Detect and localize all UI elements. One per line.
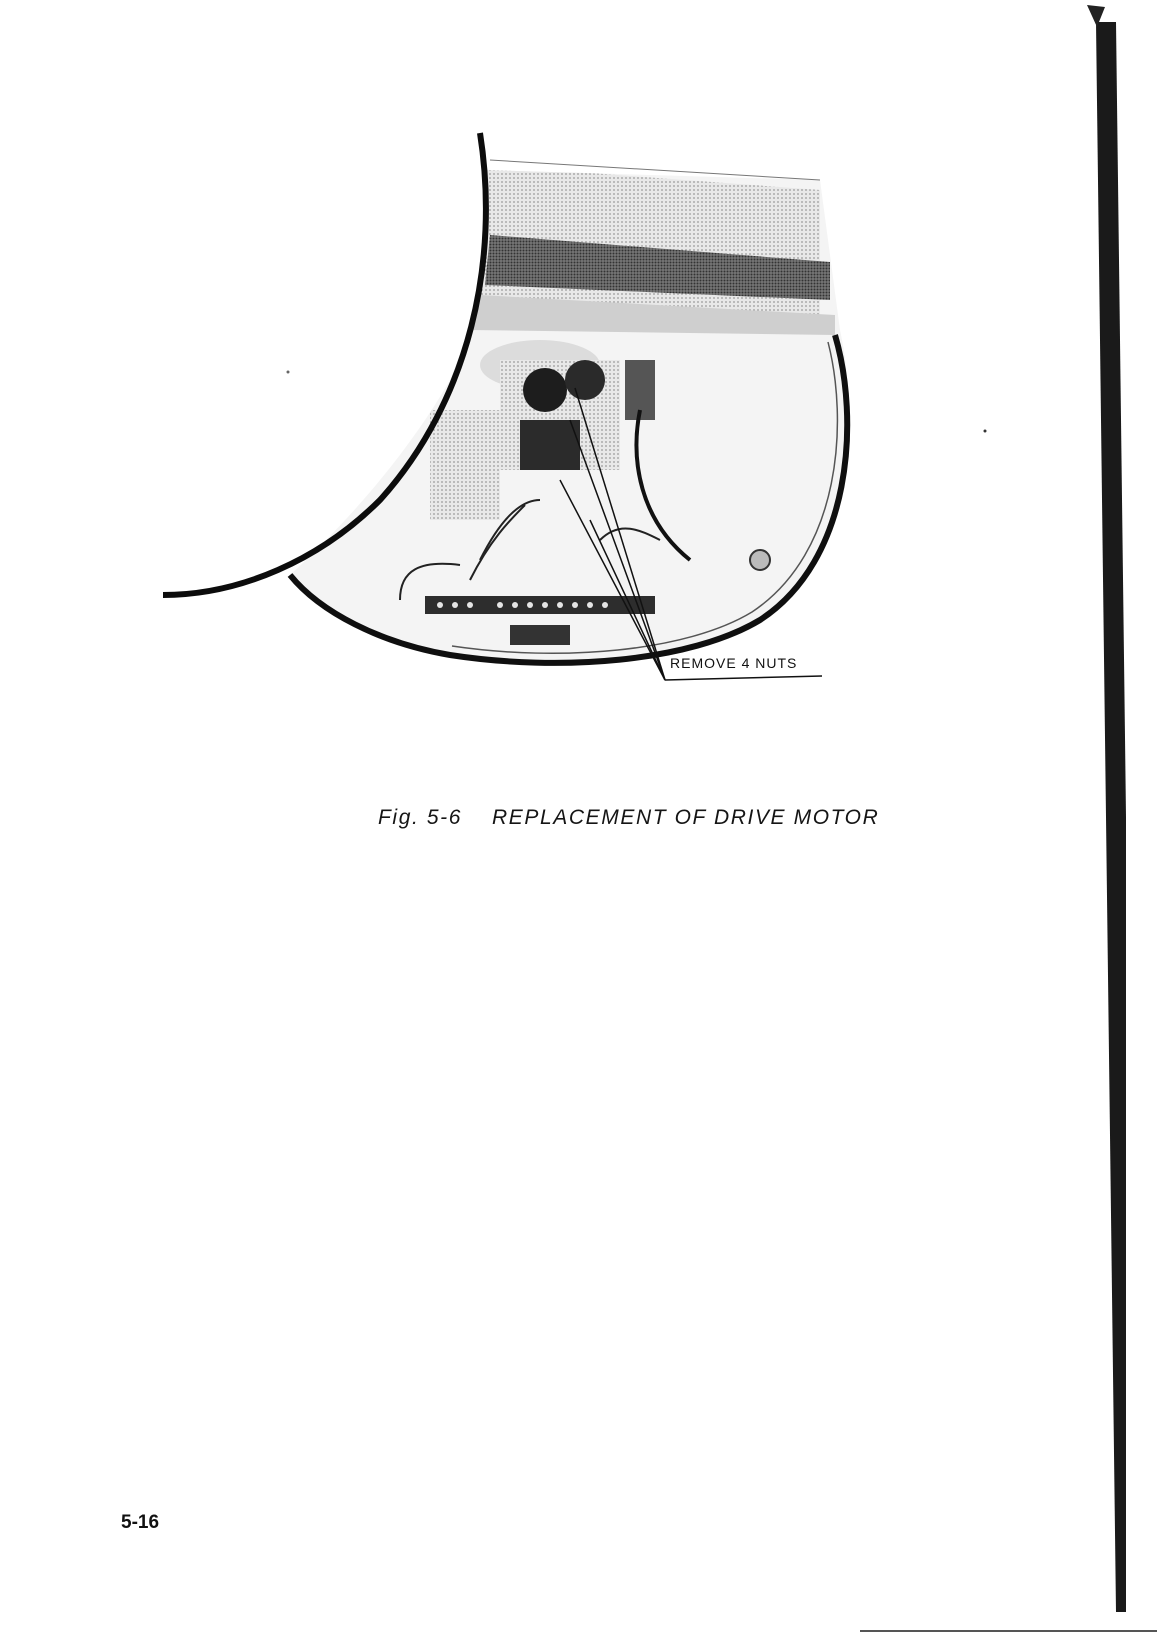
motor-assembly-photo (280, 160, 880, 680)
corner-mark-icon (1085, 3, 1109, 29)
bottom-edge-line (860, 1630, 1157, 1632)
binding-edge-line (1096, 22, 1126, 1612)
callout-remove-nuts: REMOVE 4 NUTS (670, 655, 797, 671)
figure-title: REPLACEMENT OF DRIVE MOTOR (492, 806, 879, 829)
page-number: 5-16 (121, 1512, 159, 1534)
figure-caption: Fig. 5-6REPLACEMENT OF DRIVE MOTOR (378, 806, 879, 830)
figure-number: Fig. 5-6 (378, 806, 462, 829)
figure-photo (0, 0, 1157, 760)
